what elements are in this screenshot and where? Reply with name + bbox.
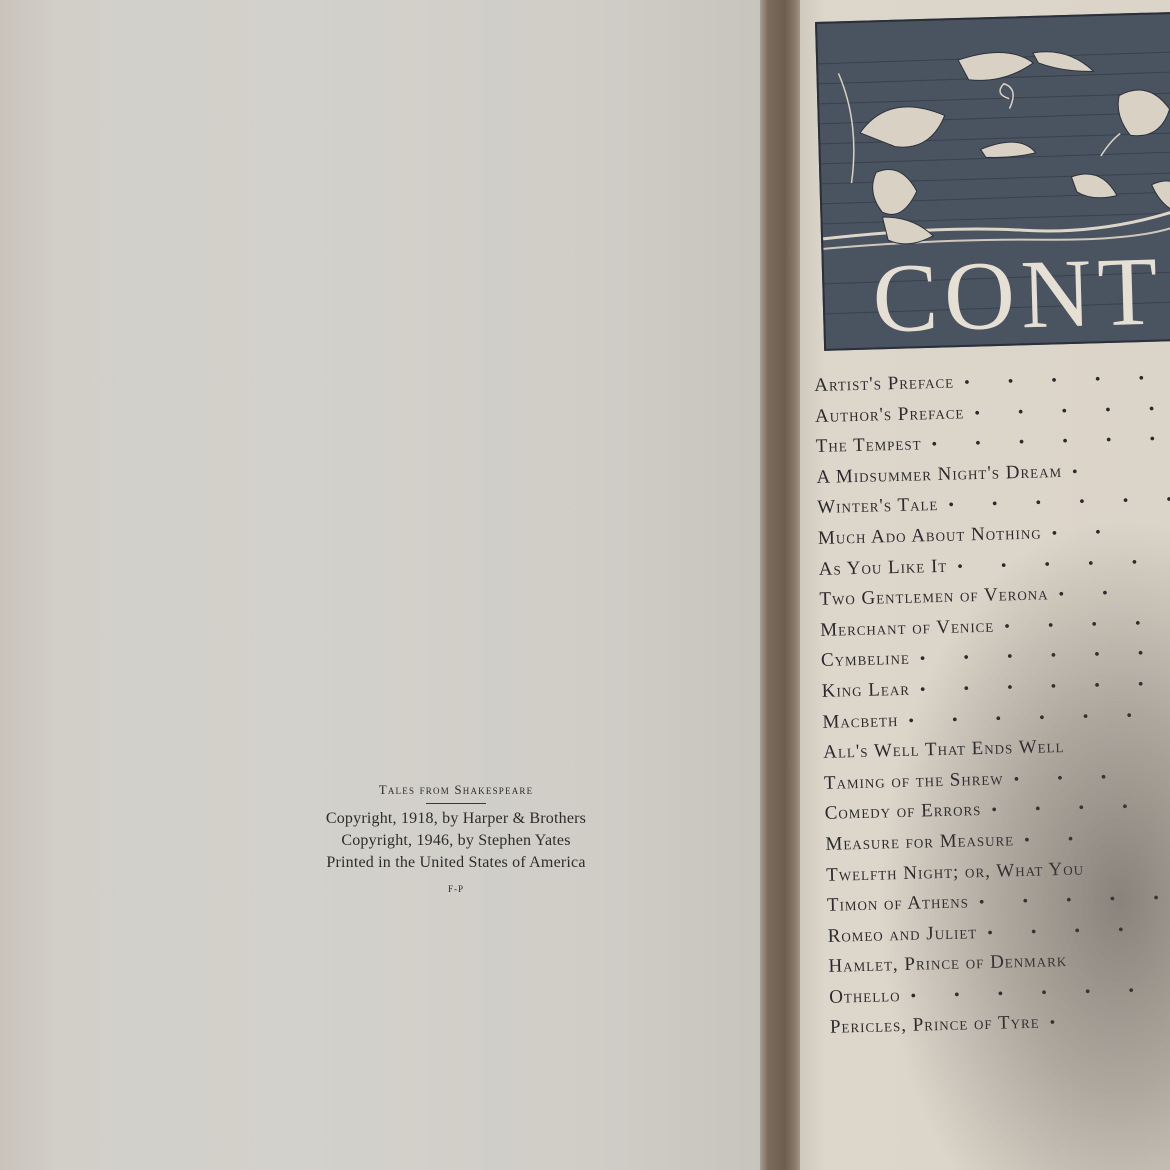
toc-entry-title: Winter's Tale (817, 494, 939, 519)
toc-leader-dots: • • • • • • • (931, 429, 1170, 454)
toc-entry-title: Comedy of Errors (824, 799, 981, 825)
toc-entry-title: As You Like It (818, 555, 947, 580)
toc-entry-title: Pericles, Prince of Tyre (830, 1012, 1040, 1039)
toc-leader-dots: • • (1051, 524, 1118, 544)
toc-entry-title: Author's Preface (815, 402, 965, 428)
toc-leader-dots: • • • • • • • • (920, 673, 1170, 699)
toc-entry-title: A Midsummer Night's Dream (816, 461, 1062, 489)
toc-leader-dots: • • • • (991, 798, 1145, 820)
toc-entry-title: King Lear (821, 679, 910, 703)
left-page (0, 0, 765, 1170)
toc-leader-dots: • • • • (1004, 614, 1158, 636)
toc-leader-dots: • • • • • • (964, 368, 1170, 392)
toc-entry-title: Measure for Measure (825, 829, 1014, 856)
imprint-line: Copyright, 1918, by Harper & Brothers (262, 808, 650, 830)
book-spine (760, 0, 805, 1170)
toc-entry-title: Macbeth (822, 710, 898, 734)
contents-heading: CONT (871, 242, 1164, 348)
imprint-rule (426, 803, 486, 804)
copyright-imprint: Tales from Shakespeare Copyright, 1918, … (262, 782, 650, 894)
toc-leader-dots: • • • • • (974, 400, 1170, 423)
toc-entry-title: Much Ado About Nothing (818, 522, 1042, 549)
toc-entry-title: Timon of Athens (827, 891, 969, 916)
imprint-code: F-P (262, 884, 650, 894)
toc-leader-dots: • • • • (987, 921, 1141, 943)
toc-leader-dots: • • • • • • • (948, 490, 1170, 515)
toc-entry-title: The Tempest (815, 434, 921, 459)
toc-leader-dots: • • • (1013, 768, 1123, 789)
toc-entry-title: Othello (829, 985, 901, 1009)
imprint-line: Printed in the United States of America (262, 852, 650, 874)
table-of-contents: Artist's Preface• • • • • • Author's Pre… (814, 366, 1170, 1048)
imprint-line: Copyright, 1946, by Stephen Yates (262, 830, 650, 852)
toc-entry-title: All's Well That Ends Well (823, 736, 1065, 764)
toc-entry-title: Artist's Preface (814, 372, 954, 397)
toc-leader-dots: • (1049, 1014, 1072, 1033)
toc-leader-dots: • • • • • • (979, 888, 1170, 912)
toc-leader-dots: • • (1024, 830, 1091, 850)
toc-entry-title: Two Gentlemen of Verona (819, 583, 1049, 611)
toc-leader-dots: • (1072, 463, 1095, 482)
toc-entry-title: Romeo and Juliet (827, 922, 977, 948)
toc-entry-title: Merchant of Venice (820, 615, 995, 641)
toc-entry-title: Cymbeline (821, 648, 910, 672)
toc-entry-title: Taming of the Shrew (824, 768, 1004, 794)
imprint-title: Tales from Shakespeare (262, 782, 650, 798)
toc-leader-dots: • • • • • • • • (910, 980, 1170, 1006)
toc-leader-dots: • • (1058, 585, 1125, 605)
toc-leader-dots: • • • • • • (957, 552, 1170, 576)
toc-leader-dots: • • • • • • • • (920, 643, 1170, 669)
contents-banner-illustration: CONT (815, 12, 1170, 351)
toc-entry-title: Hamlet, Prince of Denmark (828, 950, 1067, 978)
